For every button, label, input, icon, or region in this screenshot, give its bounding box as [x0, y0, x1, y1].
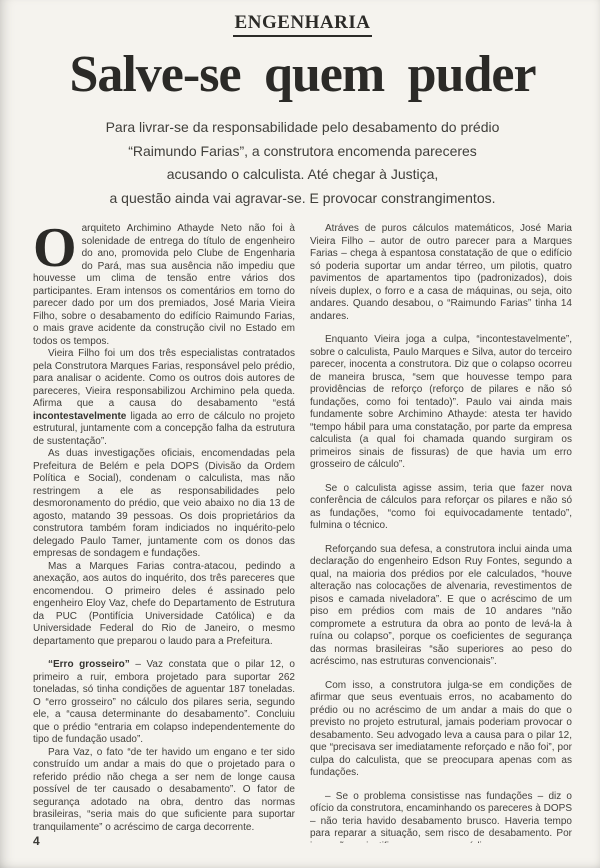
paragraph: “Erro grosseiro” – Vaz constata que o pi… — [33, 659, 295, 747]
drop-cap: O — [33, 223, 82, 269]
left-column: Oarquiteto Archimino Athayde Neto não fo… — [33, 223, 295, 843]
paragraph: Se o calculista agisse assim, teria que … — [310, 483, 572, 533]
right-column: Atráves de puros cálculos matemáticos, J… — [310, 223, 572, 843]
page-number: 4 — [33, 834, 40, 848]
paragraph: Vieira Filho foi um dos três especialist… — [33, 348, 295, 448]
paragraph: Reforçando sua defesa, a construtora inc… — [310, 544, 572, 669]
kicker-row: ENGENHARIA — [33, 12, 572, 37]
magazine-page: ENGENHARIA Salve-se quem puder Para livr… — [0, 0, 600, 868]
article-lede: Para livrar-se da responsabilidade pelo … — [88, 116, 518, 210]
lede-line: Para livrar-se da responsabilidade pelo … — [88, 116, 518, 140]
paragraph: Mas a Marques Farias contra-atacou, pedi… — [33, 561, 295, 649]
paragraph: Para Vaz, o fato “de ter havido um engan… — [33, 747, 295, 835]
paragraph: Atráves de puros cálculos matemáticos, J… — [310, 223, 572, 323]
lede-line: acusando o calculista. Até chegar à Just… — [88, 163, 518, 187]
paragraph: – Se o problema consistisse nas fundaçõe… — [310, 791, 572, 844]
article-title: Salve-se quem puder — [33, 47, 572, 103]
paragraph: As duas investigações oficiais, encomend… — [33, 448, 295, 561]
paragraph: Oarquiteto Archimino Athayde Neto não fo… — [33, 223, 295, 348]
paragraph: Enquanto Vieira joga a culpa, “incontest… — [310, 334, 572, 472]
lede-line: a questão ainda vai agravar-se. E provoc… — [88, 187, 518, 211]
bold-text: incontestavelmente — [33, 411, 126, 422]
paragraph: Com isso, a construtora julga-se em cond… — [310, 680, 572, 780]
lede-line: “Raimundo Farias”, a construtora encomen… — [88, 140, 518, 164]
article-body: Oarquiteto Archimino Athayde Neto não fo… — [33, 223, 572, 843]
section-kicker: ENGENHARIA — [233, 12, 373, 37]
bold-text: “Erro grosseiro” — [48, 659, 130, 670]
